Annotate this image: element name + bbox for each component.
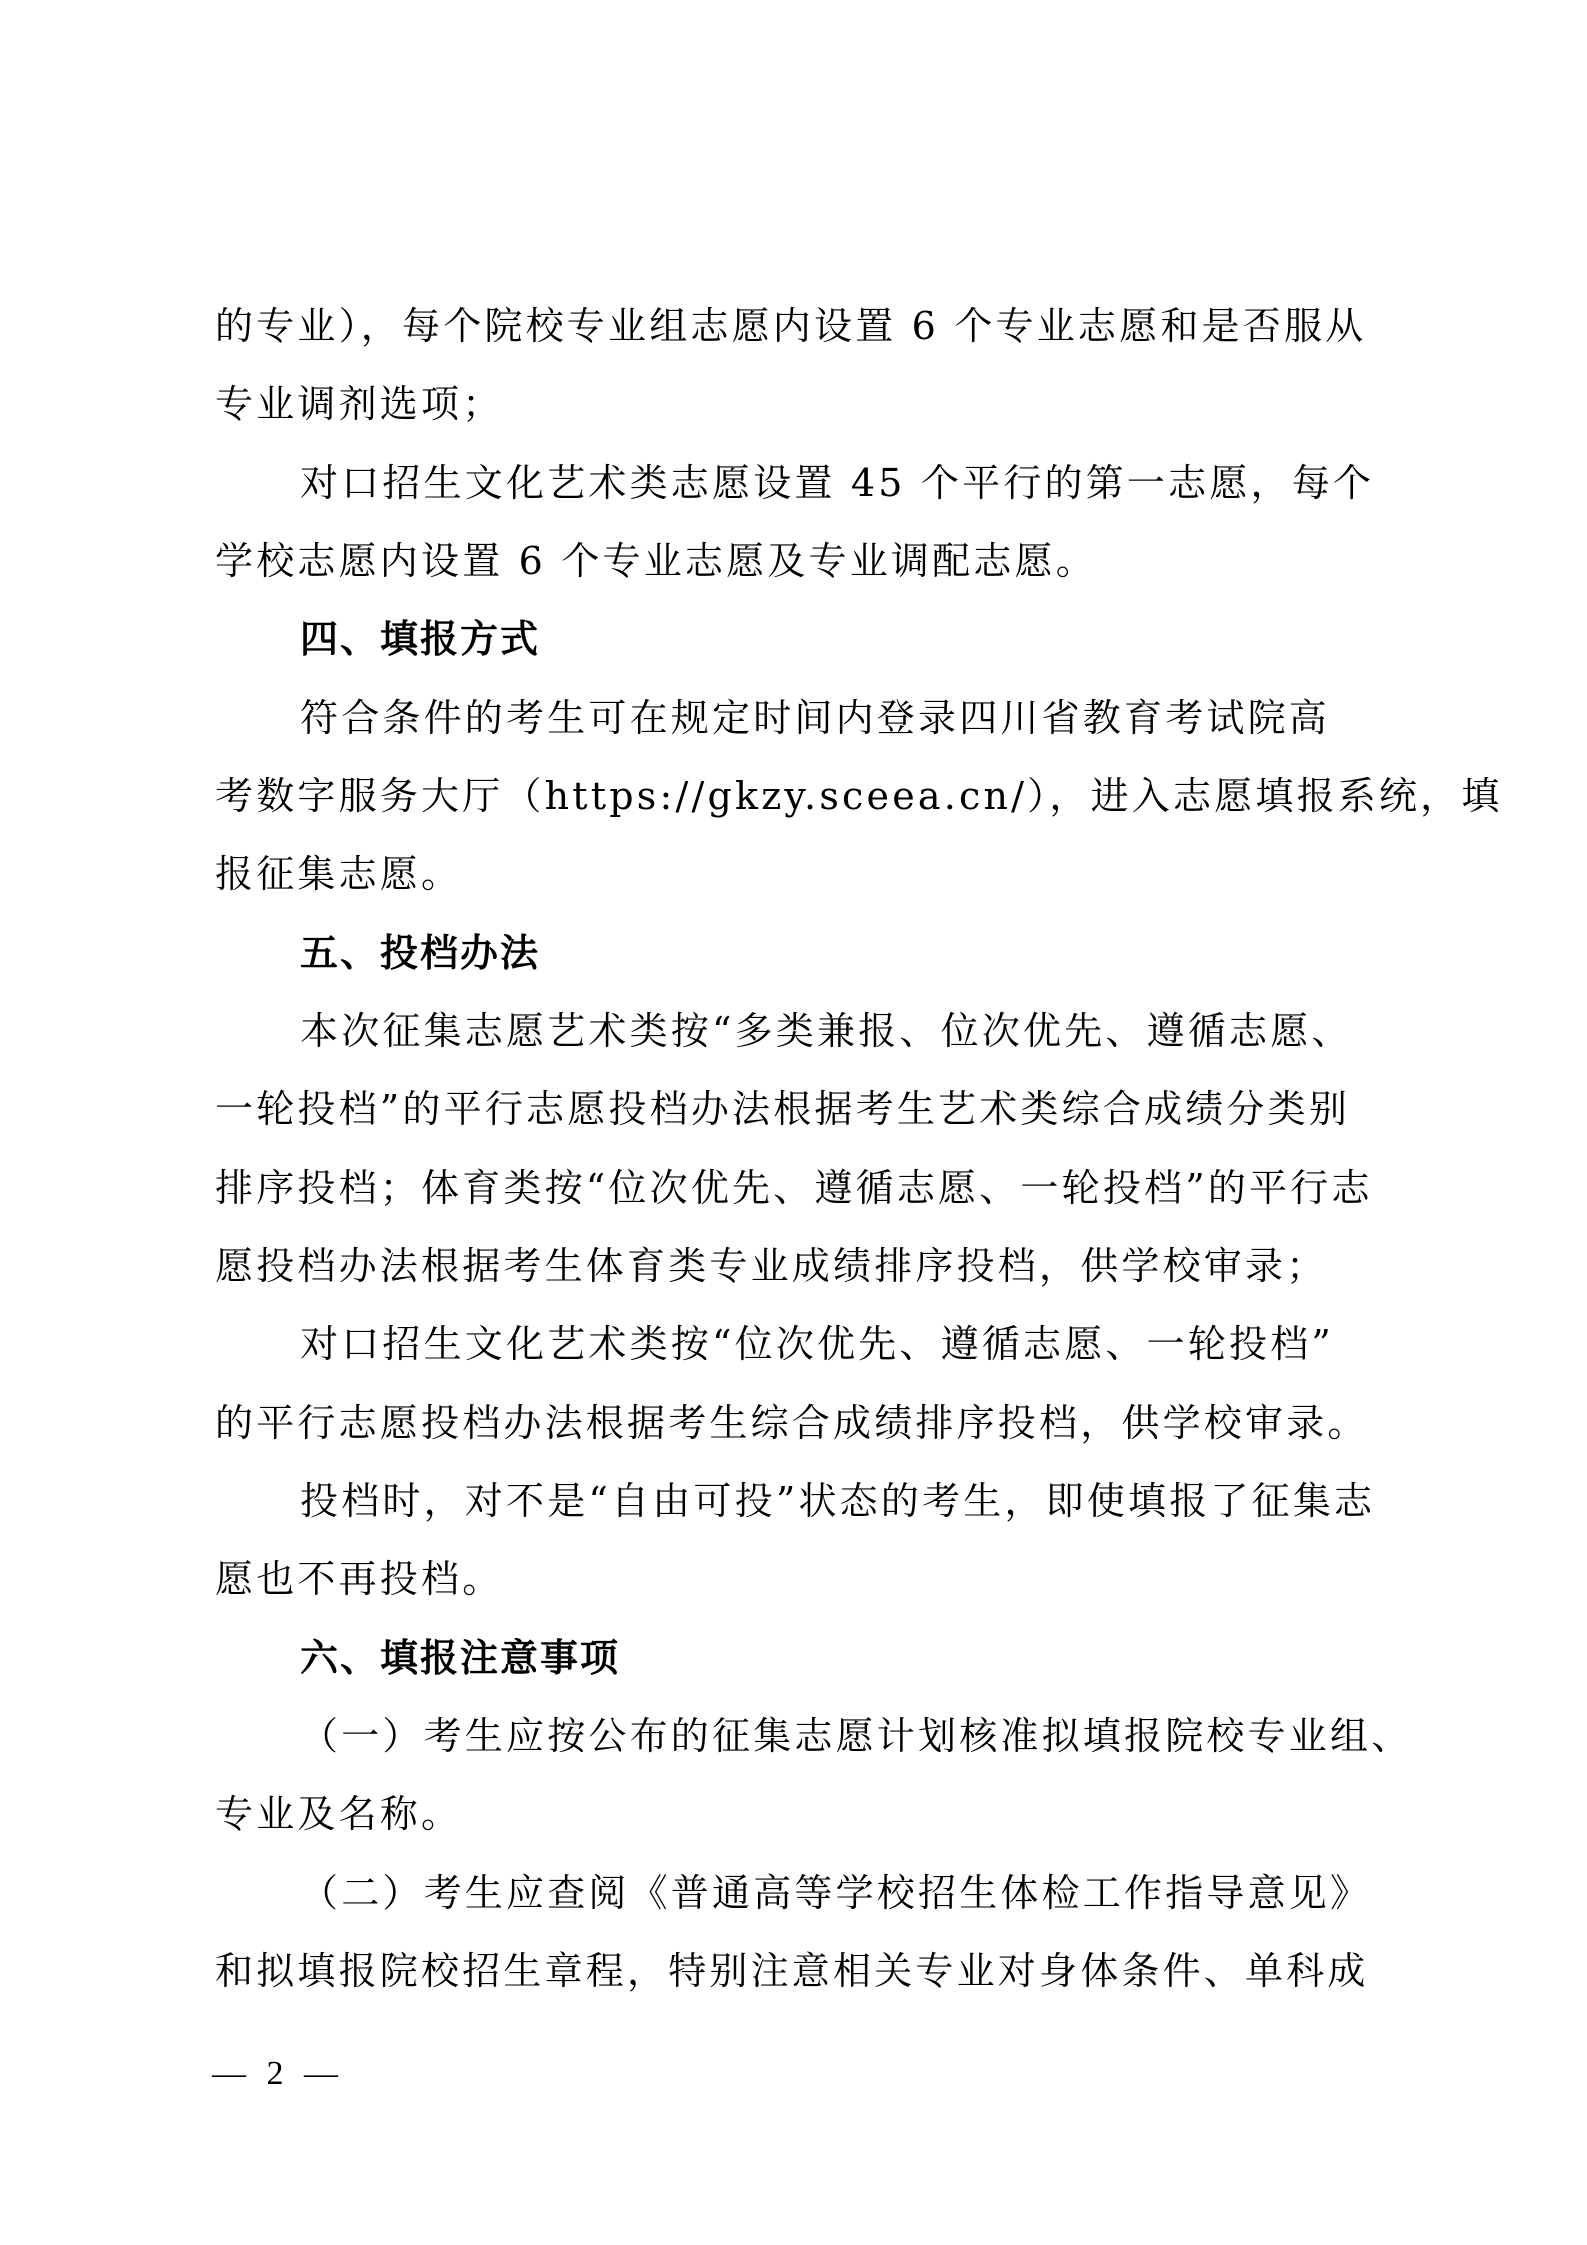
body-line: 学校志愿内设置 6 个专业志愿及专业调配志愿。	[215, 537, 1395, 585]
section-heading-filing-method: 四、填报方式	[300, 615, 1480, 663]
section-heading-admission-method: 五、投档办法	[300, 929, 1480, 977]
body-line: 一轮投档”的平行志愿投档办法根据考生艺术类综合成绩分类别	[215, 1085, 1395, 1133]
body-line: 和拟填报院校招生章程，特别注意相关专业对身体条件、单科成	[215, 1947, 1395, 1995]
body-line: 的平行志愿投档办法根据考生综合成绩排序投档，供学校审录。	[215, 1399, 1395, 1447]
page-number: — 2 —	[212, 2052, 344, 2096]
document-page: 的专业），每个院校专业组志愿内设置 6 个专业志愿和是否服从 专业调剂选项； 对…	[0, 0, 1587, 2245]
body-line: 报征集志愿。	[215, 850, 1395, 898]
body-line: 专业及名称。	[215, 1790, 1395, 1838]
paragraph-first-line: （一）考生应按公布的征集志愿计划核准拟填报院校专业组、	[300, 1712, 1400, 1760]
paragraph-first-line: 投档时，对不是“自由可投”状态的考生，即使填报了征集志	[300, 1477, 1400, 1525]
paragraph-first-line: 本次征集志愿艺术类按“多类兼报、位次优先、遵循志愿、	[300, 1007, 1400, 1055]
paragraph-first-line: 符合条件的考生可在规定时间内登录四川省教育考试院高	[300, 694, 1400, 742]
paragraph-first-line: 对口招生文化艺术类按“位次优先、遵循志愿、一轮投档”	[300, 1320, 1400, 1368]
body-line: 排序投档；体育类按“位次优先、遵循志愿、一轮投档”的平行志	[215, 1164, 1395, 1212]
body-line-with-url: 考数字服务大厅（https://gkzy.sceea.cn/），进入志愿填报系统…	[215, 772, 1395, 820]
body-line: 专业调剂选项；	[215, 380, 1395, 428]
paragraph-first-line: 对口招生文化艺术类志愿设置 45 个平行的第一志愿，每个	[300, 459, 1400, 507]
paragraph-first-line: （二）考生应查阅《普通高等学校招生体检工作指导意见》	[300, 1869, 1400, 1917]
body-line: 的专业），每个院校专业组志愿内设置 6 个专业志愿和是否服从	[215, 302, 1395, 350]
body-line: 愿投档办法根据考生体育类专业成绩排序投档，供学校审录；	[215, 1242, 1395, 1290]
section-heading-notes: 六、填报注意事项	[300, 1634, 1480, 1682]
body-line: 愿也不再投档。	[215, 1555, 1395, 1603]
